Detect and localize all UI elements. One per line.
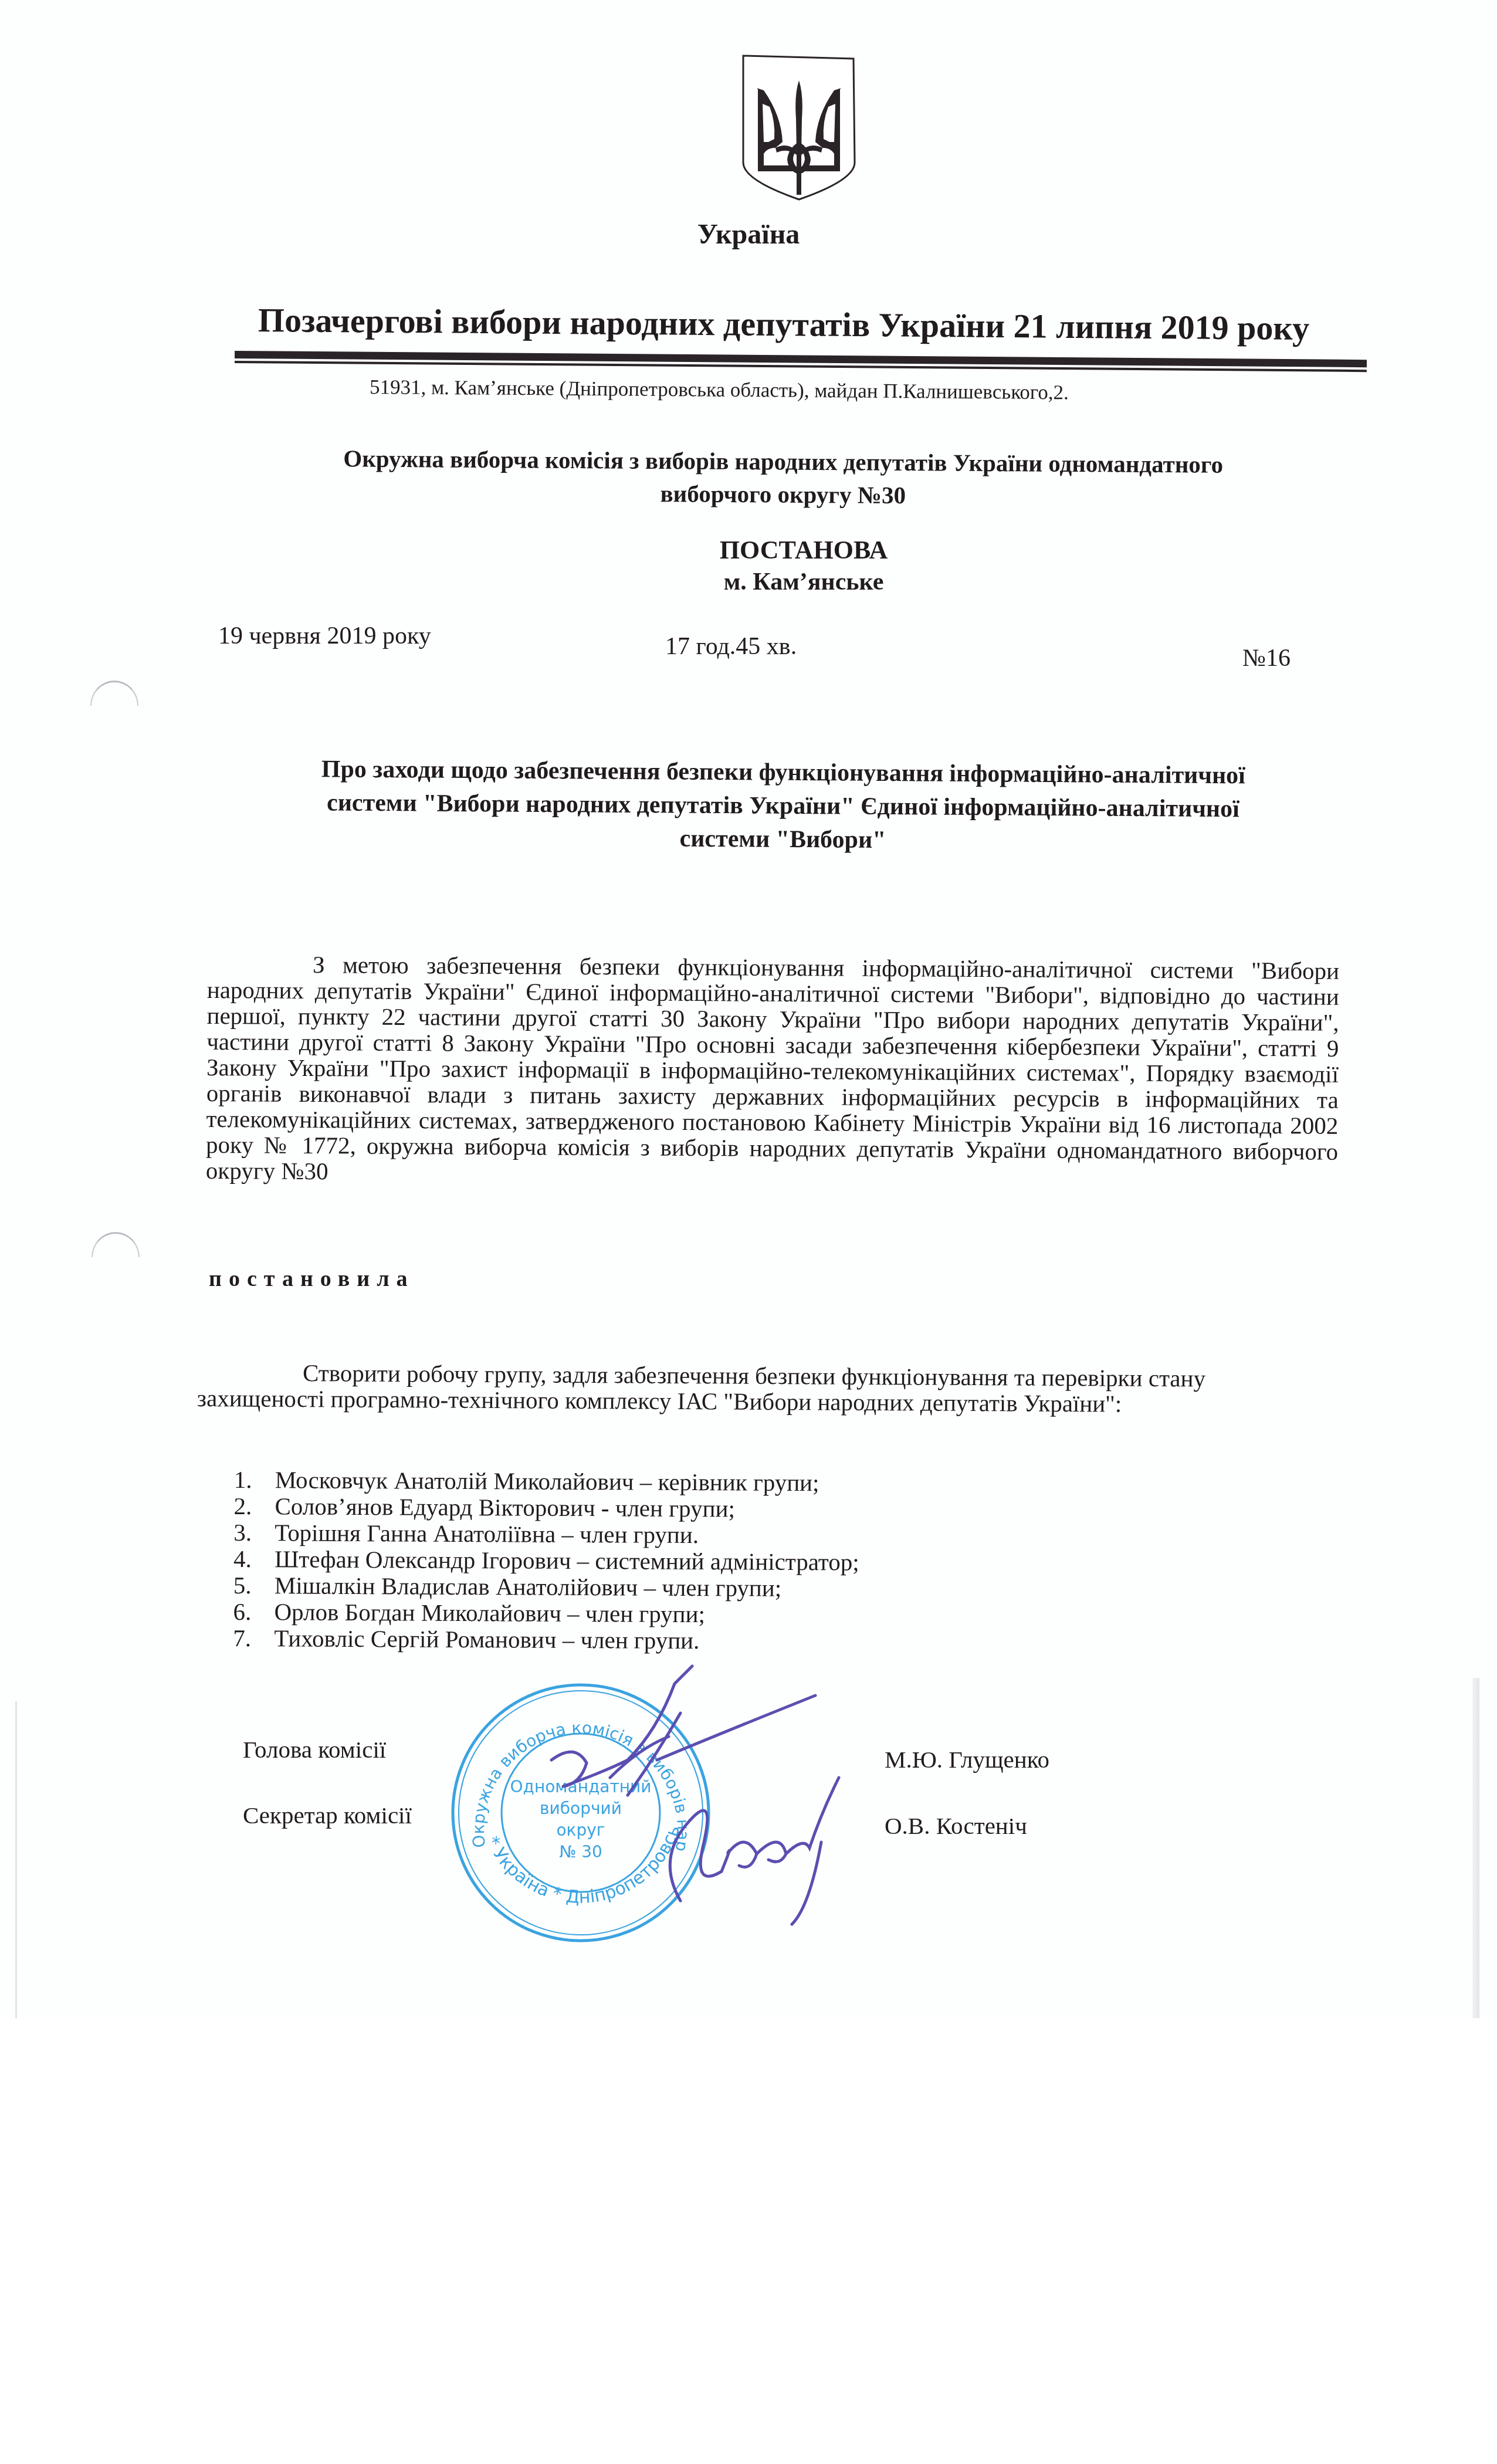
commission-name: Окружна виборча комісія з виборів народн… <box>229 441 1338 515</box>
list-item: 7.Тиховліс Сергій Романович – член групи… <box>233 1625 859 1655</box>
scan-edge-right <box>1472 1678 1479 2018</box>
list-number: 5. <box>233 1572 275 1599</box>
action-paragraph: Створити робочу групу, задля забезпеченн… <box>197 1359 1300 1417</box>
member-entry: Московчук Анатолій Миколайович – керівни… <box>275 1467 819 1496</box>
chair-label: Голова комісії <box>243 1735 386 1764</box>
document-time: 17 год.45 хв. <box>665 632 797 661</box>
list-number: 6. <box>233 1599 274 1625</box>
document-type: ПОСТАНОВА <box>0 535 1497 565</box>
list-item: 6.Орлов Богдан Миколайович – член групи; <box>233 1599 859 1629</box>
stamp-inner-line-3: округ <box>556 1820 605 1840</box>
secretary-signature-icon <box>645 1754 856 1930</box>
list-number: 7. <box>233 1625 274 1651</box>
list-number: 2. <box>233 1493 275 1519</box>
document-number: №16 <box>1242 644 1291 672</box>
member-entry: Солов’янов Едуард Вікторович - член груп… <box>275 1493 735 1522</box>
document-date: 19 червня 2019 року <box>218 622 431 650</box>
member-entry: Тиховліс Сергій Романович – член групи. <box>274 1625 699 1654</box>
list-item: 3.Торішня Ганна Анатоліївна – член групи… <box>233 1519 859 1549</box>
list-item: 2.Солов’янов Едуард Вікторович - член гр… <box>233 1493 859 1523</box>
preamble-paragraph: З метою забезпечення безпеки функціонува… <box>206 951 1339 1190</box>
coat-of-arms-icon <box>740 54 858 201</box>
member-entry: Мішалкін Владислав Анатолійович – член г… <box>275 1572 782 1602</box>
list-item: 5.Мішалкін Владислав Анатолійович – член… <box>233 1572 859 1602</box>
list-item: 4.Штефан Олександр Ігорович – системний … <box>233 1546 859 1576</box>
country-name: Україна <box>0 218 1497 251</box>
resolved-keyword: постановила <box>209 1266 415 1292</box>
chair-name: М.Ю. Глущенко <box>885 1745 1049 1773</box>
member-entry: Орлов Богдан Миколайович – член групи; <box>274 1599 705 1627</box>
list-item: 1.Московчук Анатолій Миколайович – керів… <box>234 1467 860 1497</box>
resolution-subject: Про заходи щодо забезпечення безпеки фун… <box>211 752 1355 861</box>
stamp-inner-line-4: № 30 <box>559 1842 602 1861</box>
list-number: 4. <box>233 1546 275 1572</box>
scan-edge-left <box>15 1701 17 2018</box>
document-city: м. Кам’янське <box>0 568 1497 596</box>
secretary-label: Секретар комісії <box>243 1801 412 1829</box>
stamp-inner-line-2: виборчий <box>540 1799 622 1818</box>
member-entry: Торішня Ганна Анатоліївна – член групи. <box>275 1519 699 1548</box>
member-entry: Штефан Олександр Ігорович – системний ад… <box>275 1546 859 1575</box>
list-number: 1. <box>234 1467 275 1493</box>
secretary-name: О.В. Костеніч <box>885 1812 1027 1840</box>
list-number: 3. <box>233 1519 275 1546</box>
working-group-member-list: 1.Московчук Анатолій Миколайович – керів… <box>233 1467 859 1655</box>
